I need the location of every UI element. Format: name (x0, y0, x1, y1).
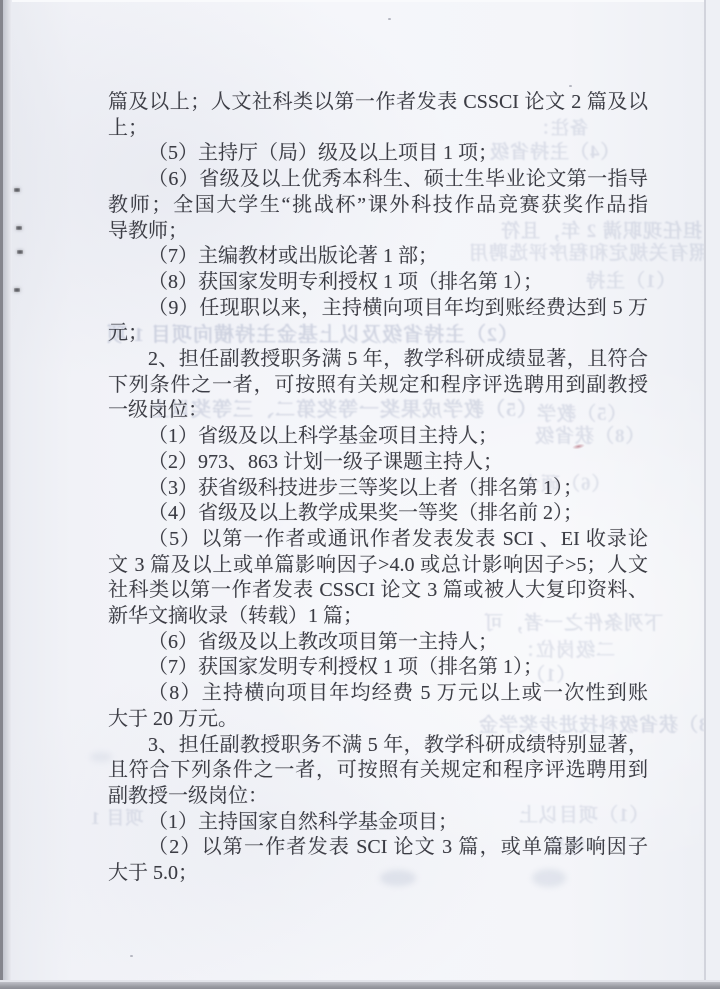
document-content: 篇及以上；人文社科类以第一作者发表 CSSCI 论文 2 篇及以上；（5）主持厅… (108, 90, 648, 887)
binding-hole (16, 226, 22, 230)
dust-speck (569, 85, 572, 87)
text-line: 大于 20 万元。 (108, 707, 648, 733)
scanner-edge-left-dark (0, 0, 3, 989)
text-line: 新华文摘收录（转载）1 篇； (108, 604, 648, 630)
text-line: 下列条件之一者，可按照有关规定和程序评选聘用到副教授 (108, 373, 648, 399)
text-line: （2）以第一作者发表 SCI 论文 3 篇，或单篇影响因子 (108, 835, 648, 861)
page-margin-right (706, 0, 720, 989)
text-line: （1）主持国家自然科学基金项目； (108, 810, 648, 836)
dust-speck (388, 18, 391, 20)
text-line: 副教授一级岗位： (108, 784, 648, 810)
text-line: 且符合下列条件之一者，可按照有关规定和程序评选聘用到 (108, 758, 648, 784)
text-line: 元； (108, 321, 648, 347)
page-edge-bottom-shadow (0, 982, 720, 989)
text-line: 篇及以上；人文社科类以第一作者发表 CSSCI 论文 2 篇及以 (108, 90, 648, 116)
text-line: （9）任现职以来，主持横向项目年均到账经费达到 5 万 (108, 296, 648, 322)
text-line: 文 3 篇及以上或单篇影响因子>4.0 或总计影响因子>5；人文 (108, 553, 648, 579)
text-line: （7）主编教材或出版论著 1 部； (108, 244, 648, 270)
text-line: 一级岗位： (108, 398, 648, 424)
text-line: （4）省级及以上教学成果奖一等奖（排名前 2）； (108, 501, 648, 527)
smudge (532, 869, 566, 887)
text-line: （2）973、863 计划一级子课题主持人； (108, 450, 648, 476)
binding-hole (14, 288, 20, 292)
smudge (380, 870, 416, 886)
text-line: （8）获国家发明专利授权 1 项（排名第 1）； (108, 270, 648, 296)
text-line: （3）获省级科技进步三等奖以上者（排名第 1）； (108, 476, 648, 502)
text-line: （6）省级及以上教改项目第一主持人； (108, 630, 648, 656)
text-line: 导教师； (108, 219, 648, 245)
text-line: （6）省级及以上优秀本科生、硕士生毕业论文第一指导 (108, 167, 648, 193)
text-line: 上； (108, 116, 648, 142)
text-line: （5）以第一作者或通讯作者发表发表 SCI 、EI 收录论 (108, 527, 648, 553)
text-line: （1）省级及以上科学基金项目主持人； (108, 424, 648, 450)
text-line: 社科类以第一作者发表 CSSCI 论文 3 篇或被人大复印资料、 (108, 578, 648, 604)
smudge (90, 752, 112, 762)
binding-hole (17, 250, 23, 254)
text-line: （5）主持厅（局）级及以上项目 1 项； (108, 141, 648, 167)
text-line: （7）获国家发明专利授权 1 项（排名第 1）； (108, 655, 648, 681)
scanned-page: 备注：（4）主持省级1、担任现职满 2 年，且符按照有关规定和程序评选聘用（1）… (0, 0, 720, 989)
binding-hole (14, 188, 20, 192)
scanner-edge-left (3, 0, 12, 989)
text-line: 教师；全国大学生“挑战杯”课外科技作品竞赛获奖作品指 (108, 193, 648, 219)
text-line: （8）主持横向项目年均经费 5 万元以上或一次性到账 (108, 681, 648, 707)
page-edge-top (0, 0, 720, 2)
dust-speck (130, 955, 133, 957)
text-line: 大于 5.0； (108, 861, 648, 887)
text-line: 3、担任副教授职务不满 5 年，教学科研成绩特别显著， (108, 733, 648, 759)
text-line: 2、担任副教授职务满 5 年，教学科研成绩显著，且符合 (108, 347, 648, 373)
page-edge-right (704, 0, 706, 989)
